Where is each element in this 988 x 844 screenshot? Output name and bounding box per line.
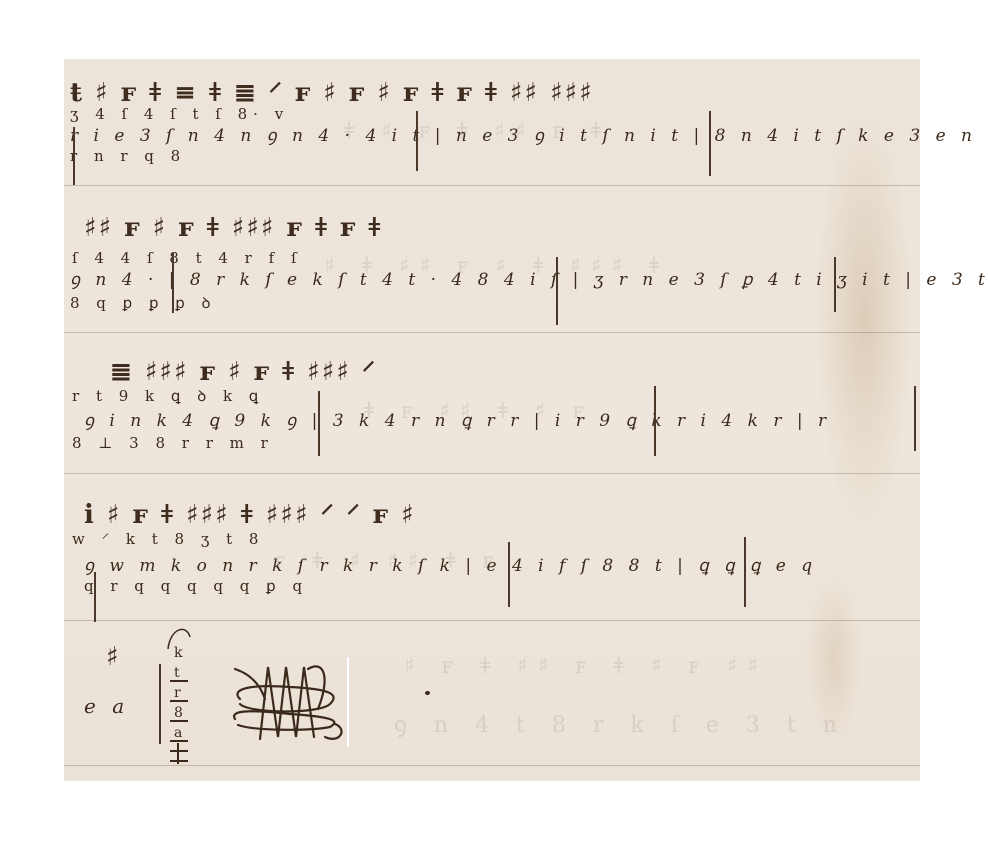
tablature-upper-line: r t 9 k ꝗ ꝺ k ꝗ (72, 386, 264, 406)
barline (834, 257, 836, 312)
barline (508, 542, 510, 607)
barline (709, 111, 711, 176)
rhythm-signs: ♯♯ ꜰ ♯ ꜰ ǂ ♯♯♯ ꜰ ǂ ꜰ ǂ (84, 213, 382, 243)
ruled-line (64, 473, 920, 474)
final-chord-column: k t r 8 a (164, 619, 194, 769)
barline (416, 111, 418, 171)
barline (73, 127, 75, 185)
tablature-main-line: ꝯ i n k 4 ꝗ 9 k ꝯ | 3 k 4 r n ꝗ r r | i … (84, 408, 831, 431)
ruled-line (64, 332, 920, 333)
ink-spot (425, 691, 430, 695)
manuscript-page: ǂ ♯ ꜰ ǂ ♯♯ ꜰ ǂ ♯ ǂ ♯♯ ꜰ ♯ ǂ ♯♯♯ ǂ ǂ ꜰ ♯♯… (64, 59, 920, 781)
barline (914, 386, 916, 451)
white-mark (347, 657, 349, 747)
rhythm-signs: ŧ ♯ ꜰ ǂ ≡ ǂ ≣ ⸍ ꜰ ♯ ꜰ ♯ ꜰ ǂ ꜰ ǂ ♯♯ ♯♯♯ (70, 73, 594, 109)
ruled-line (64, 185, 920, 186)
tablature-upper-line: ʒ 4 ſ 4 ſ t ſ 8· v (70, 105, 289, 123)
rhythm-signs: ≣ ♯♯♯ ꜰ ♯ ꜰ ǂ ♯♯♯ ⸍ (110, 352, 377, 388)
tablature-main-line: ꝯ w m k o n r k ſ r k r k ſ k | e 4 i f … (84, 553, 817, 576)
closing-flourish-knot (230, 659, 350, 744)
bleed-through-text: ꝯ n 4 t 8 r k ſ e 3 t n (394, 709, 847, 739)
tablature-main-line: ꝯ n 4 · | 8 r k ſ e k ſ t 4 t · 4 8 4 i … (70, 267, 988, 290)
svg-text:r: r (174, 685, 181, 701)
tablature-lower-line: r n r q 8 (70, 147, 186, 165)
tablature-upper-line: w ⸍ k t 8 ʒ t 8 (72, 529, 264, 549)
rhythm-signs: ♯ (106, 642, 121, 672)
barline (318, 391, 320, 456)
svg-text:8: 8 (174, 705, 183, 721)
barline (744, 537, 746, 607)
tablature-upper-line: ſ 4 4 ſ 8 t 4 r f ſ (72, 249, 303, 267)
tablature-main-line: r i e 3 ſ n 4 n ꝯ n 4 · 4 i t | n e 3 ꝯ … (70, 123, 977, 146)
tablature-lower-line: 8 q ꝑ ꝑ ꝑ ꝺ (70, 293, 217, 313)
bleed-through-text: ♯ ꜰ ǂ ♯♯ ꜰ ǂ ♯ ꜰ ♯♯ (404, 654, 768, 679)
barline (172, 253, 174, 313)
barline (654, 386, 656, 456)
barline (159, 664, 161, 744)
barline (94, 572, 96, 622)
rhythm-signs: i ♯ ꜰ ǂ ♯♯♯ ǂ ♯♯♯ ⸍ ⸍ ꜰ ♯ (84, 495, 416, 531)
svg-text:t: t (174, 665, 180, 681)
svg-text:a: a (174, 725, 182, 741)
barline (556, 257, 558, 325)
tablature-lower-line: q r q q q q q ꝑ q (84, 577, 308, 595)
svg-text:k: k (174, 645, 183, 661)
tablature-main-line: e a (84, 694, 129, 718)
tablature-lower-line: 8 ⊥ 3 8 r r m r (72, 434, 274, 452)
